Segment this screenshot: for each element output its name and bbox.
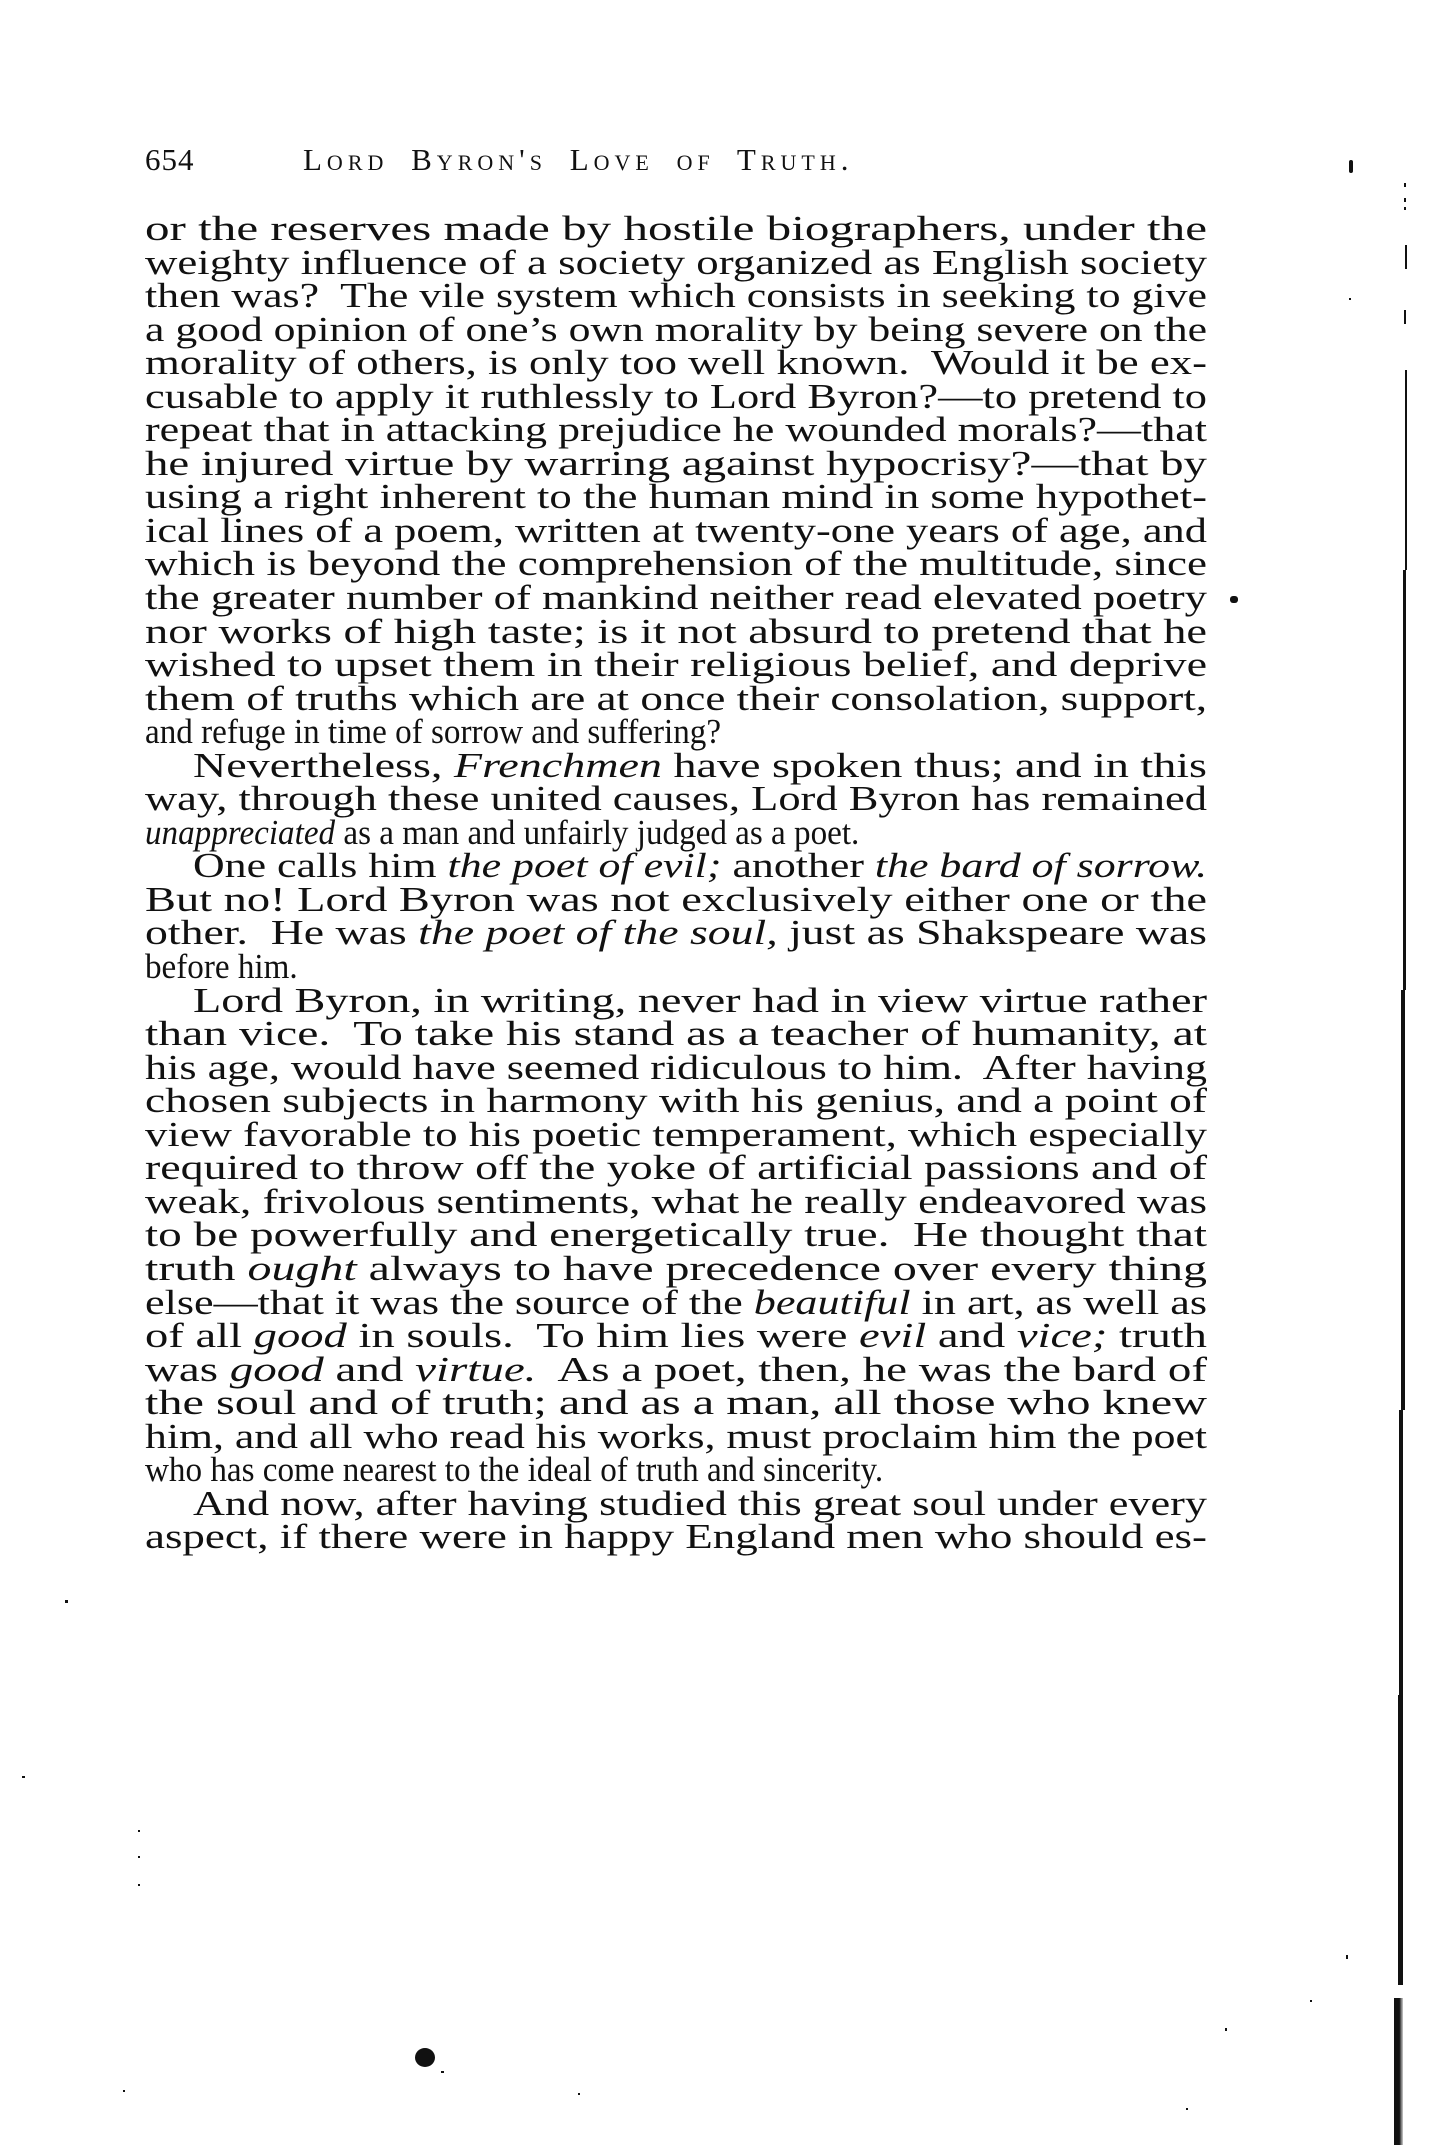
text-run: Nevertheless, xyxy=(193,747,454,785)
text-run: who has come nearest to the ideal of tru… xyxy=(145,1451,883,1489)
scan-speck xyxy=(123,2090,125,2092)
text-run: and xyxy=(324,1351,415,1389)
text-line: weak, frivolous sentiments, what he real… xyxy=(145,1186,1207,1220)
text-run: truth xyxy=(1107,1317,1207,1355)
text-line: them of truths which are at once their c… xyxy=(145,683,1207,717)
text-line: One calls him the poet of evil; another … xyxy=(145,850,1207,884)
text-run: One calls him xyxy=(193,847,448,885)
text-run: have spoken thus; and in this xyxy=(662,747,1207,785)
text-run: weak, frivolous sentiments, what he real… xyxy=(145,1183,1207,1221)
text-run: morality of others, is only too well kno… xyxy=(145,344,1207,382)
binding-edge xyxy=(1399,1410,1403,1695)
text-run: another xyxy=(721,847,874,885)
text-line: he injured virtue by warring against hyp… xyxy=(145,448,1207,482)
paragraph: Lord Byron, in writing, never had in vie… xyxy=(145,985,1207,1488)
text-line: the soul and of truth; and as a man, all… xyxy=(145,1387,1207,1421)
text-run: required to throw off the yoke of artifi… xyxy=(145,1149,1207,1187)
binding-edge xyxy=(1403,570,1406,990)
text-run: a good opinion of one’s own morality by … xyxy=(145,311,1207,349)
text-line: chosen subjects in harmony with his geni… xyxy=(145,1085,1207,1119)
text-run: than vice. To take his stand as a teache… xyxy=(145,1015,1207,1053)
text-run: then was? The vile system which consists… xyxy=(145,277,1207,315)
scan-speck xyxy=(1404,310,1406,324)
scan-speck xyxy=(65,1600,68,1603)
text-run: him, and all who read his works, must pr… xyxy=(145,1418,1207,1456)
text-line: weighty influence of a society organized… xyxy=(145,247,1207,281)
text-run: nor works of high taste; is it not absur… xyxy=(145,613,1207,651)
scan-speck xyxy=(1404,198,1406,202)
text-run: which is beyond the comprehension of the… xyxy=(145,545,1207,583)
text-run: always to have precedence over every thi… xyxy=(357,1250,1207,1288)
text-run: other. He was xyxy=(145,914,418,952)
text-line: else—that it was the source of the beaut… xyxy=(145,1287,1207,1321)
scan-speck xyxy=(578,2093,580,2095)
italic-text: virtue. xyxy=(415,1351,536,1389)
text-run: else—that it was the source of the xyxy=(145,1284,754,1322)
page-number: 654 xyxy=(145,140,195,180)
text-line: aspect, if there were in happy England m… xyxy=(145,1521,1207,1555)
italic-text: the poet of evil; xyxy=(448,847,722,885)
text-line: morality of others, is only too well kno… xyxy=(145,347,1207,381)
scan-speck xyxy=(138,1856,140,1858)
italic-text: ought xyxy=(248,1250,357,1288)
text-line: But no! Lord Byron was not exclusively e… xyxy=(145,884,1207,918)
scan-speck xyxy=(1405,245,1407,269)
text-run: wished to upset them in their religious … xyxy=(145,646,1207,684)
scan-speck xyxy=(1404,207,1406,210)
scan-speck xyxy=(138,1884,140,1886)
italic-text: Frenchmen xyxy=(454,747,662,785)
text-line: wished to upset them in their religious … xyxy=(145,649,1207,683)
text-run: cusable to apply it ruthlessly to Lord B… xyxy=(145,378,1207,416)
text-run: weighty influence of a society organized… xyxy=(145,244,1207,282)
scan-speck xyxy=(1186,2108,1188,2110)
text-line: other. He was the poet of the soul, just… xyxy=(145,917,1207,951)
scan-speck xyxy=(1349,160,1353,173)
binding-edge xyxy=(1394,1998,1403,2145)
text-line: truth ought always to have precedence ov… xyxy=(145,1253,1207,1287)
text-line: which is beyond the comprehension of the… xyxy=(145,548,1207,582)
text-line: to be powerfully and energetically true.… xyxy=(145,1219,1207,1253)
scan-speck xyxy=(1349,298,1351,300)
text-line: cusable to apply it ruthlessly to Lord B… xyxy=(145,381,1207,415)
text-line: using a right inherent to the human mind… xyxy=(145,481,1207,515)
body-text: or the reserves made by hostile biograph… xyxy=(145,213,1207,1555)
scan-speck xyxy=(441,2071,444,2073)
text-run: of all xyxy=(145,1317,254,1355)
text-run: the soul and of truth; and as a man, all… xyxy=(145,1384,1207,1422)
paragraph: or the reserves made by hostile biograph… xyxy=(145,213,1207,750)
binding-edge xyxy=(1405,370,1407,570)
text-run: in souls. To him lies were xyxy=(347,1317,859,1355)
paragraph: One calls him the poet of evil; another … xyxy=(145,850,1207,984)
text-line: who has come nearest to the ideal of tru… xyxy=(145,1454,1207,1488)
text-run: or the reserves made by hostile biograph… xyxy=(145,210,1207,248)
text-run: and refuge in time of sorrow and sufferi… xyxy=(145,713,721,751)
binding-edge xyxy=(1398,1695,1403,1985)
paragraph: And now, after having studied this great… xyxy=(145,1488,1207,1555)
paragraph: Nevertheless, Frenchmen have spoken thus… xyxy=(145,750,1207,851)
text-line: Lord Byron, in writing, never had in vie… xyxy=(145,985,1207,1019)
text-run: using a right inherent to the human mind… xyxy=(145,478,1207,516)
text-line: a good opinion of one’s own morality by … xyxy=(145,314,1207,348)
text-run: truth xyxy=(145,1250,248,1288)
ink-blot xyxy=(415,2048,435,2067)
scan-speck xyxy=(1346,1955,1348,1959)
text-line: then was? The vile system which consists… xyxy=(145,280,1207,314)
italic-text: the bard of sorrow. xyxy=(875,847,1207,885)
text-run: he injured virtue by warring against hyp… xyxy=(145,445,1207,483)
text-run: to be powerfully and energetically true.… xyxy=(145,1216,1207,1254)
text-run: aspect, if there were in happy England m… xyxy=(145,1518,1207,1556)
italic-text: good xyxy=(254,1317,347,1355)
text-run: And now, after having studied this great… xyxy=(193,1485,1207,1523)
text-line: or the reserves made by hostile biograph… xyxy=(145,213,1207,247)
text-line: was good and virtue. As a poet, then, he… xyxy=(145,1354,1207,1388)
text-line: view favorable to his poetic temperament… xyxy=(145,1119,1207,1153)
text-line: the greater number of mankind neither re… xyxy=(145,582,1207,616)
scan-speck xyxy=(1225,2028,1227,2031)
book-page: 654 Lord Byron's Love of Truth. or the r… xyxy=(0,0,1440,2145)
text-line: Nevertheless, Frenchmen have spoken thus… xyxy=(145,750,1207,784)
text-line: ical lines of a poem, written at twenty-… xyxy=(145,515,1207,549)
italic-text: vice; xyxy=(1017,1317,1107,1355)
text-run: view favorable to his poetic temperament… xyxy=(145,1116,1207,1154)
scan-speck xyxy=(1310,2000,1312,2002)
text-run: As a poet, then, he was the bard of xyxy=(536,1351,1207,1389)
text-run: just as Shakspeare was xyxy=(778,914,1207,952)
scan-speck xyxy=(138,1830,140,1832)
text-line: nor works of high taste; is it not absur… xyxy=(145,616,1207,650)
text-run: But no! Lord Byron was not exclusively e… xyxy=(145,881,1207,919)
text-line: of all good in souls. To him lies were e… xyxy=(145,1320,1207,1354)
italic-text: unappreciated xyxy=(145,814,335,852)
running-head-title: Lord Byron's Love of Truth. xyxy=(303,140,854,180)
text-line: And now, after having studied this great… xyxy=(145,1488,1207,1522)
text-run: Lord Byron, in writing, never had in vie… xyxy=(193,982,1207,1020)
italic-text: beautiful xyxy=(754,1284,911,1322)
text-run: was xyxy=(145,1351,230,1389)
text-line: than vice. To take his stand as a teache… xyxy=(145,1018,1207,1052)
text-run: repeat that in attacking prejudice he wo… xyxy=(145,411,1207,449)
text-line: his age, would have seemed ridiculous to… xyxy=(145,1052,1207,1086)
italic-text: evil xyxy=(859,1317,926,1355)
text-line: and refuge in time of sorrow and sufferi… xyxy=(145,716,1207,750)
text-run: the greater number of mankind neither re… xyxy=(145,579,1207,617)
text-run: chosen subjects in harmony with his geni… xyxy=(145,1082,1207,1120)
text-run: way, through these united causes, Lord B… xyxy=(145,780,1207,818)
text-line: required to throw off the yoke of artifi… xyxy=(145,1152,1207,1186)
text-run: his age, would have seemed ridiculous to… xyxy=(145,1049,1207,1087)
scan-speck xyxy=(1404,183,1406,187)
text-run: in art, as well as xyxy=(911,1284,1207,1322)
text-line: way, through these united causes, Lord B… xyxy=(145,783,1207,817)
text-run: as a man and unfairly judged as a poet. xyxy=(335,814,859,852)
text-run: and xyxy=(926,1317,1017,1355)
text-line: repeat that in attacking prejudice he wo… xyxy=(145,414,1207,448)
italic-text: good xyxy=(230,1351,324,1389)
running-head: 654 Lord Byron's Love of Truth. xyxy=(145,140,1205,180)
binding-edge xyxy=(1401,990,1405,1410)
text-line: him, and all who read his works, must pr… xyxy=(145,1421,1207,1455)
text-run: ical lines of a poem, written at twenty-… xyxy=(145,512,1207,550)
text-run: before him. xyxy=(145,948,298,986)
text-run: them of truths which are at once their c… xyxy=(145,680,1207,718)
text-line: before him. xyxy=(145,951,1207,985)
scan-speck xyxy=(1230,596,1238,603)
italic-text: the poet of the soul, xyxy=(418,914,778,952)
scan-speck xyxy=(22,1776,25,1778)
text-line: unappreciated as a man and unfairly judg… xyxy=(145,817,1207,851)
